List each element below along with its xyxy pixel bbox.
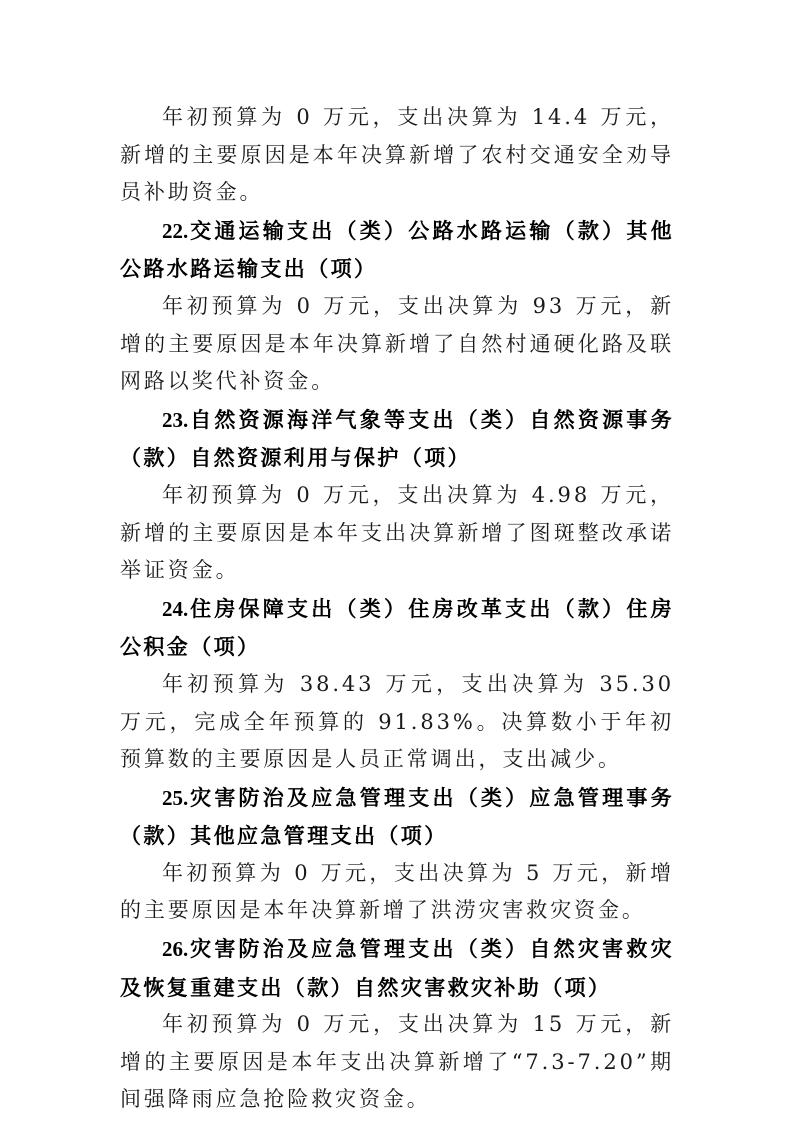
heading-text: 灾害防治及应急管理支出（类）应急管理事务（款）其他应急管理支出（项）	[120, 785, 674, 849]
heading-item-24: 24.住房保障支出（类）住房改革支出（款）住房公积金（项）	[120, 590, 674, 666]
paragraph-item-24-explanation: 年初预算为 38.43 万元，支出决算为 35.30 万元，完成全年预算的 91…	[120, 666, 674, 779]
heading-number: 23.	[162, 408, 188, 432]
document-page: 年初预算为 0 万元，支出决算为 14.4 万元，新增的主要原因是本年决算新增了…	[120, 99, 674, 1119]
paragraph-item-25-explanation: 年初预算为 0 万元，支出决算为 5 万元，新增的主要原因是本年决算新增了洪涝灾…	[120, 855, 674, 930]
heading-text: 灾害防治及应急管理支出（类）自然灾害救灾及恢复重建支出（款）自然灾害救灾补助（项…	[120, 936, 674, 1000]
paragraph-item-21-explanation: 年初预算为 0 万元，支出决算为 14.4 万元，新增的主要原因是本年决算新增了…	[120, 99, 674, 212]
heading-item-25: 25.灾害防治及应急管理支出（类）应急管理事务（款）其他应急管理支出（项）	[120, 779, 674, 855]
heading-item-22: 22.交通运输支出（类）公路水路运输（款）其他公路水路运输支出（项）	[120, 212, 674, 288]
paragraph-item-23-explanation: 年初预算为 0 万元，支出决算为 4.98 万元，新增的主要原因是本年支出决算新…	[120, 477, 674, 590]
heading-text: 交通运输支出（类）公路水路运输（款）其他公路水路运输支出（项）	[120, 218, 674, 282]
heading-number: 26.	[162, 937, 188, 961]
heading-number: 22.	[162, 219, 188, 243]
paragraph-item-26-explanation: 年初预算为 0 万元，支出决算为 15 万元，新增的主要原因是本年支出决算新增了…	[120, 1006, 674, 1119]
heading-text: 自然资源海洋气象等支出（类）自然资源事务（款）自然资源利用与保护（项）	[120, 407, 674, 471]
heading-item-26: 26.灾害防治及应急管理支出（类）自然灾害救灾及恢复重建支出（款）自然灾害救灾补…	[120, 930, 674, 1006]
heading-number: 24.	[162, 597, 188, 621]
heading-number: 25.	[162, 786, 188, 810]
heading-text: 住房保障支出（类）住房改革支出（款）住房公积金（项）	[120, 596, 674, 660]
heading-item-23: 23.自然资源海洋气象等支出（类）自然资源事务（款）自然资源利用与保护（项）	[120, 401, 674, 477]
paragraph-item-22-explanation: 年初预算为 0 万元，支出决算为 93 万元，新增的主要原因是本年决算新增了自然…	[120, 288, 674, 401]
